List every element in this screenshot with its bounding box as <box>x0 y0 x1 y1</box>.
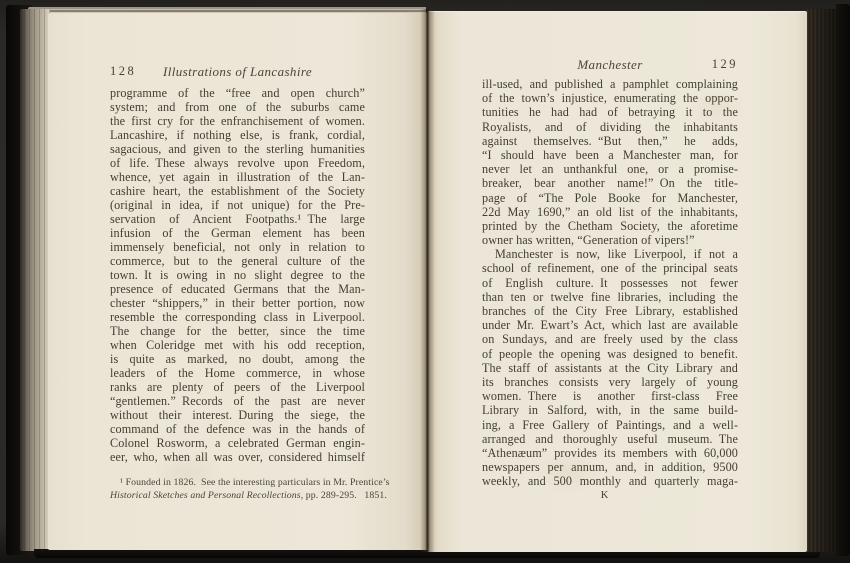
text-line: tunities he had had of betraying it to t… <box>482 105 738 119</box>
text-line: programme of the “free and open church” <box>110 86 365 100</box>
text-line: system; and from one of the suburbs came <box>110 100 365 114</box>
text-line: of life. These always revolve upon Freed… <box>110 156 365 170</box>
page-edges-right <box>807 9 838 552</box>
left-page-body: programme of the “free and open church”s… <box>110 86 365 464</box>
right-page-number: 129 <box>712 57 738 72</box>
text-line: owner has written, “Generation of vipers… <box>482 233 738 247</box>
text-line: never let an unthankful one, or a promis… <box>482 162 738 176</box>
text-line: cashire heart, the establishment of the … <box>110 184 365 198</box>
text-line: 22d May 1690,” an old list of the inhabi… <box>482 205 738 219</box>
text-line: chester “shippers,” in their better port… <box>110 296 365 310</box>
text-line: Manchester is now, like Liverpool, if no… <box>482 247 738 261</box>
right-page-body: ill-used, and published a pamphlet compl… <box>482 77 738 488</box>
text-line: arranged and thoroughly useful museum. T… <box>482 432 738 446</box>
book-scan: 128 Illustrations of Lancashire programm… <box>0 0 850 563</box>
text-line: servation of Ancient Footpaths.¹ The lar… <box>110 212 365 226</box>
left-page-number: 128 <box>110 64 136 79</box>
text-line: command of the defence was in the hands … <box>110 422 365 436</box>
text-line: sagacious, and given to the sterling hum… <box>110 142 365 156</box>
text-line: is quite as marked, no doubt, among the <box>110 352 365 366</box>
text-line: page of “The Pole Booke for Manchester, <box>482 191 738 205</box>
text-line: infusion of the German element has been <box>110 226 365 240</box>
text-line: than ten or twelve fine libraries, inclu… <box>482 290 738 304</box>
text-line: ¹ Founded in 1826. See the interesting p… <box>110 477 365 490</box>
right-page-header: Manchester 129 <box>482 57 738 73</box>
right-running-title: Manchester <box>482 57 738 73</box>
text-line: when Coleridge met with his odd receptio… <box>110 338 365 352</box>
left-running-title: Illustrations of Lancashire <box>110 64 365 80</box>
left-page-header: 128 Illustrations of Lancashire <box>110 64 365 80</box>
text-line: of people the opening was designed to be… <box>482 347 738 361</box>
book-spine-gutter <box>420 9 435 552</box>
text-line: whence, yet again in illustration of the… <box>110 170 365 184</box>
text-line: against themselves. “But then,” he adds, <box>482 134 738 148</box>
text-line: (original in idea, if not unique) for th… <box>110 198 365 212</box>
text-line: resemble the corresponding class in Live… <box>110 310 365 324</box>
text-line: under Mr. Ewart’s Act, which last are av… <box>482 318 738 332</box>
text-line: “I should have been a Manchester man, fo… <box>482 148 738 162</box>
text-line: The change for the better, since the tim… <box>110 324 365 338</box>
text-line: Library in Salford, with, in the same bu… <box>482 403 738 417</box>
text-line: “Athenæum” provides its members with 60,… <box>482 446 738 460</box>
text-line: commerce, but to the general culture of … <box>110 254 365 268</box>
text-line: its branches consists very largely of yo… <box>482 375 738 389</box>
text-line: of the town’s injustice, enumerating the… <box>482 91 738 105</box>
left-page: 128 Illustrations of Lancashire programm… <box>48 13 427 550</box>
text-line: presence of educated Germans that the Ma… <box>110 282 365 296</box>
text-line: Royalists, and of dividing the inhabitan… <box>482 120 738 134</box>
text-line: The staff of assistants at the City Libr… <box>482 361 738 375</box>
text-line: Historical Sketches and Personal Recolle… <box>110 490 365 503</box>
text-line: branches of the City Free Library, estab… <box>482 304 738 318</box>
text-line: printed by the Chetham Society, the afor… <box>482 219 738 233</box>
left-page-footnote: ¹ Founded in 1826. See the interesting p… <box>110 477 365 502</box>
text-line: without their interest. During the siege… <box>110 408 365 422</box>
text-line: the first cry for the enfranchisement of… <box>110 114 365 128</box>
text-line: “gentlemen.” Records of the past are nev… <box>110 394 365 408</box>
text-line: newspapers per annum, and, in addition, … <box>482 460 738 474</box>
text-line: of English culture. It possesses not few… <box>482 276 738 290</box>
text-line: ranks are plenty of peers of the Liverpo… <box>110 380 365 394</box>
text-line: ing, a Free Gallery of Paintings, and a … <box>482 418 738 432</box>
text-line: leaders of the Home commerce, in whose <box>110 366 365 380</box>
page-edges-left <box>20 9 50 551</box>
text-line: eer, who, when all was over, considered … <box>110 450 365 464</box>
right-page: Manchester 129 ill-used, and published a… <box>427 11 807 552</box>
text-line: immensely beneficial, not only in relati… <box>110 240 365 254</box>
text-line: on Sundays, and are freely used by the c… <box>482 332 738 346</box>
text-line: Lancashire, if nothing else, is frank, c… <box>110 128 365 142</box>
text-line: breaker, bear another name!” On the titl… <box>482 176 738 190</box>
text-line: Colonel Rosworm, a celebrated German eng… <box>110 436 365 450</box>
text-line: women. There is another first-class Free <box>482 389 738 403</box>
signature-mark: K <box>482 490 728 501</box>
text-line: weekly, and 500 monthly and quarterly ma… <box>482 474 738 488</box>
text-line: school of refinement, one of the princip… <box>482 261 738 275</box>
text-line: town. It is owing in no slight degree to… <box>110 268 365 282</box>
text-line: ill-used, and published a pamphlet compl… <box>482 77 738 91</box>
book-cover-right <box>836 4 850 556</box>
